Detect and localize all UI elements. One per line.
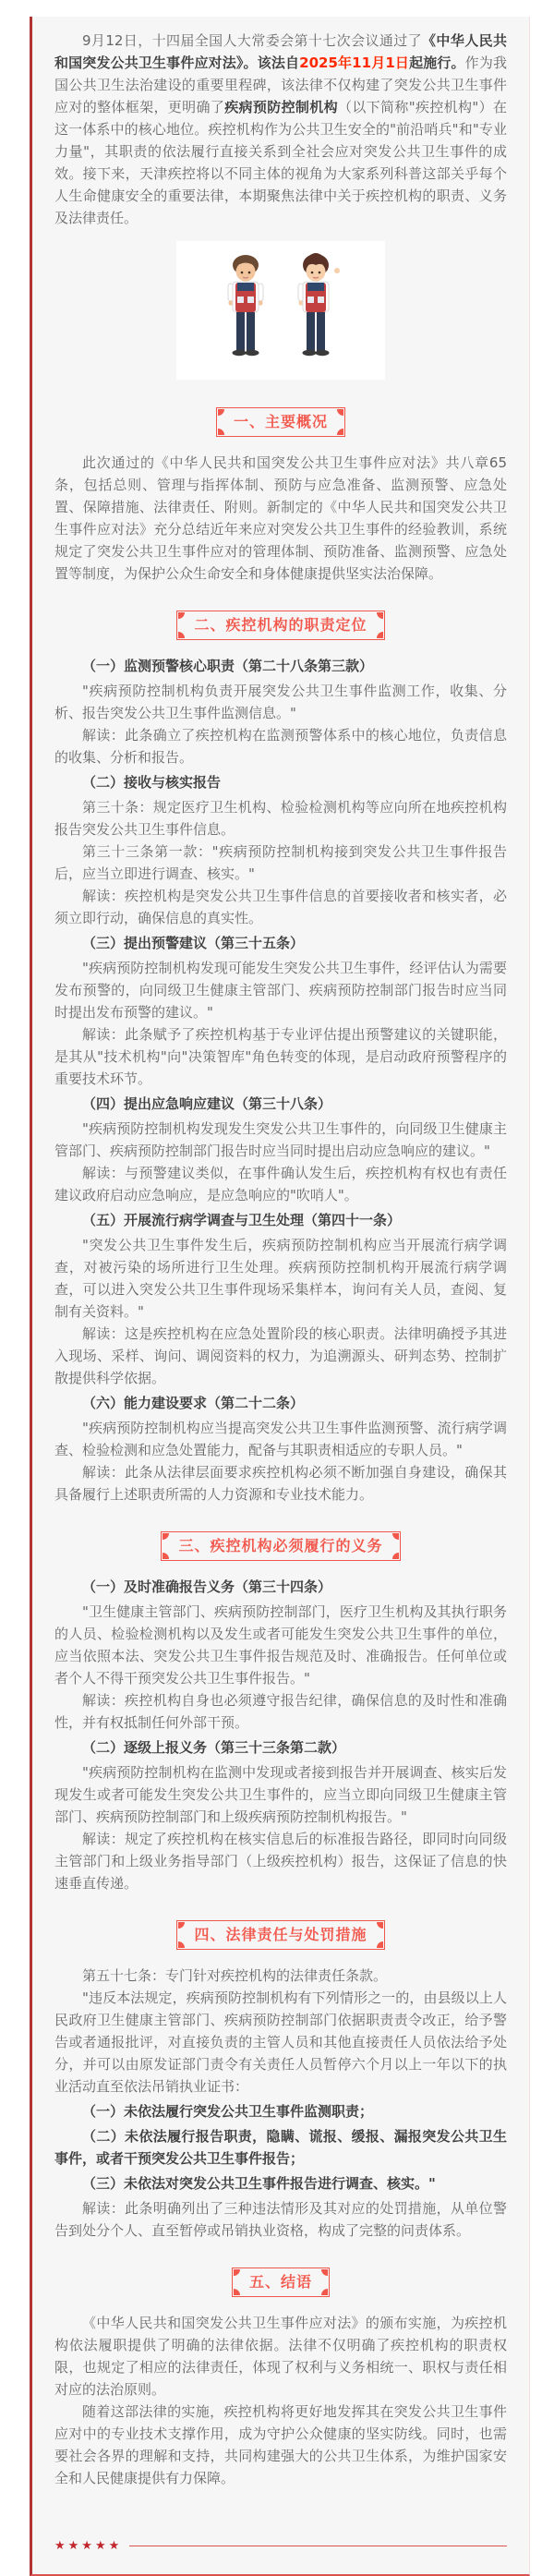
paragraph: 解读：规定了疾控机构在核实信息后的标准报告路径，即同时向同级主管部门和上级业务指… <box>54 1828 507 1894</box>
intro-text-segment: 起施行。 <box>409 54 465 71</box>
sub-heading: （四）提出应急响应建议（第三十八条） <box>54 1093 507 1115</box>
corner-bracket-icon <box>377 1941 383 1948</box>
article-body: 一、主要概况此次通过的《中华人民共和国突发公共卫生事件应对法》共八章65条，包括… <box>54 407 507 2489</box>
section-title: 五、结语 <box>249 2273 312 2291</box>
section-header-4: 四、法律责任与处罚措施 <box>176 1920 384 1950</box>
footer-line <box>129 2546 507 2546</box>
section-header-wrap: 一、主要概况 <box>54 407 507 437</box>
female-mascot-icon <box>287 252 344 374</box>
corner-bracket-icon <box>178 632 185 638</box>
paragraph: 第三十条：规定医疗卫生机构、检验检测机构等应向所在地疾控机构报告突发公共卫生事件… <box>54 796 507 841</box>
cdc-mascots-illustration <box>176 241 385 380</box>
sub-heading: （三）提出预警建议（第三十五条） <box>54 932 507 954</box>
paragraph: "疾病预防控制机构发现发生突发公共卫生事件的，向同级卫生健康主管部门、疾病预防控… <box>54 1118 507 1162</box>
sub-heading: （六）能力建设要求（第二十二条） <box>54 1392 507 1414</box>
section-header-3: 三、疾控机构必须履行的义务 <box>161 1531 400 1561</box>
paragraph: 此次通过的《中华人民共和国突发公共卫生事件应对法》共八章65条，包括总则、管理与… <box>54 452 507 585</box>
paragraph: 解读：这是疾控机构在应急处置阶段的核心职责。法律明确授予其进入现场、采样、询问、… <box>54 1323 507 1389</box>
corner-bracket-icon <box>377 1922 383 1929</box>
paragraph: "疾病预防控制机构应当提高突发公共卫生事件监测预警、流行病学调查、检验检测和应急… <box>54 1417 507 1461</box>
corner-bracket-icon <box>178 1941 185 1948</box>
article-card: 9月12日，十四届全国人大常委会第十七次会议通过了《中华人民共和国突发公共卫生事… <box>30 17 530 2576</box>
paragraph: 随着这部法律的实施，疾控机构将更好地发挥其在突发公共卫生事件应对中的专业技术支撑… <box>54 2401 507 2489</box>
intro-paragraph: 9月12日，十四届全国人大常委会第十七次会议通过了《中华人民共和国突发公共卫生事… <box>54 30 507 229</box>
section-header-wrap: 三、疾控机构必须履行的义务 <box>54 1531 507 1561</box>
paragraph: 解读：与预警建议类似，在事件确认发生后，疾控机构有权也有责任建议政府启动应急响应… <box>54 1162 507 1206</box>
section-header-wrap: 二、疾控机构的职责定位 <box>54 611 507 640</box>
intro-text-segment: 2025年11月1日 <box>299 54 409 71</box>
section-title: 三、疾控机构必须履行的义务 <box>178 1537 382 1554</box>
corner-bracket-icon <box>178 612 185 619</box>
section-header-2: 二、疾控机构的职责定位 <box>176 611 384 640</box>
corner-bracket-icon <box>178 1922 185 1929</box>
section-header-1: 一、主要概况 <box>216 407 345 437</box>
section-title: 四、法律责任与处罚措施 <box>194 1926 367 1943</box>
corner-bracket-icon <box>234 2269 240 2276</box>
corner-bracket-icon <box>234 2289 240 2295</box>
paragraph: 解读：此条明确列出了三种违法情形及其对应的处罚措施，从单位警告到处分个人、直至暂… <box>54 2197 507 2242</box>
corner-bracket-icon <box>163 1553 169 1559</box>
paragraph: "违反本法规定，疾病预防控制机构有下列情形之一的，由县级以上人民政府卫生健康主管… <box>54 1987 507 2098</box>
sub-heading: （一）及时准确报告义务（第三十四条） <box>54 1576 507 1598</box>
footer-divider: ★★★★★ <box>54 2540 507 2552</box>
corner-bracket-icon <box>321 2269 328 2276</box>
corner-bracket-icon <box>163 1533 169 1540</box>
paragraph: "卫生健康主管部门、疾病预防控制部门，医疗卫生机构及其执行职务的人员、检验检测机… <box>54 1601 507 1689</box>
stars-decoration: ★★★★★ <box>54 2540 122 2552</box>
corner-bracket-icon <box>321 2289 328 2295</box>
paragraph: "疾病预防控制机构在监测中发现或者接到报告并开展调查、核实后发现发生或者可能发生… <box>54 1761 507 1828</box>
intro-text-segment: （以下简称"疾控机构"）在这一体系中的核心地位。疾控机构作为公共卫生安全的"前沿… <box>54 99 507 226</box>
section-title: 二、疾控机构的职责定位 <box>194 616 367 634</box>
paragraph: 第三十三条第一款："疾病预防控制机构接到突发公共卫生事件报告后，应当立即进行调查… <box>54 841 507 885</box>
corner-bracket-icon <box>337 429 343 435</box>
paragraph: 解读：疾控机构是突发公共卫生事件信息的首要接收者和核实者，必须立即行动，确保信息… <box>54 885 507 929</box>
section-header-5: 五、结语 <box>232 2268 330 2297</box>
paragraph: "突发公共卫生事件发生后，疾病预防控制机构应当开展流行病学调查，对被污染的场所进… <box>54 1234 507 1323</box>
intro-text-segment: 9月12日，十四届全国人大常委会第十七次会议通过了 <box>82 32 422 49</box>
corner-bracket-icon <box>392 1553 399 1559</box>
section-header-wrap: 四、法律责任与处罚措施 <box>54 1920 507 1950</box>
corner-bracket-icon <box>392 1533 399 1540</box>
paragraph: 第五十七条：专门针对疾控机构的法律责任条款。 <box>54 1965 507 1987</box>
sub-heading: （一）监测预警核心职责（第二十八条第三款） <box>54 655 507 677</box>
corner-bracket-icon <box>377 612 383 619</box>
section-title: 一、主要概况 <box>234 413 328 430</box>
male-mascot-icon <box>217 252 274 374</box>
corner-bracket-icon <box>218 409 224 416</box>
paragraph: 解读：此条从法律层面要求疾控机构必须不断加强自身建设，确保其具备履行上述职责所需… <box>54 1461 507 1506</box>
sub-heading: （一）未依法履行突发公共卫生事件监测职责； <box>54 2100 507 2122</box>
paragraph: "疾病预防控制机构发现可能发生突发公共卫生事件，经评估认为需要发布预警的，向同级… <box>54 957 507 1023</box>
sub-heading: （二）逐级上报义务（第三十三条第二款） <box>54 1736 507 1759</box>
sub-heading: （二）未依法履行报告职责，隐瞒、谎报、缓报、漏报突发公共卫生事件，或者干预突发公… <box>54 2125 507 2170</box>
paragraph: "疾病预防控制机构负责开展突发公共卫生事件监测工作，收集、分析、报告突发公共卫生… <box>54 680 507 724</box>
paragraph: 解读：疾控机构自身也必须遵守报告纪律，确保信息的及时性和准确性，并有权抵制任何外… <box>54 1689 507 1734</box>
paragraph: 《中华人民共和国突发公共卫生事件应对法》的颁布实施，为疾控机构依法履职提供了明确… <box>54 2312 507 2401</box>
sub-heading: （三）未依法对突发公共卫生事件报告进行调查、核实。" <box>54 2172 507 2195</box>
section-header-wrap: 五、结语 <box>54 2268 507 2297</box>
intro-text-segment: 疾病预防控制机构 <box>224 99 338 115</box>
paragraph: 解读：此条赋予了疾控机构基于专业评估提出预警建议的关键职能，是其从"技术机构"向… <box>54 1023 507 1090</box>
corner-bracket-icon <box>337 409 343 416</box>
sub-heading: （二）接收与核实报告 <box>54 771 507 793</box>
paragraph: 解读：此条确立了疾控机构在监测预警体系中的核心地位，负责信息的收集、分析和报告。 <box>54 724 507 768</box>
sub-heading: （五）开展流行病学调查与卫生处理（第四十一条） <box>54 1209 507 1231</box>
corner-bracket-icon <box>218 429 224 435</box>
corner-bracket-icon <box>377 632 383 638</box>
